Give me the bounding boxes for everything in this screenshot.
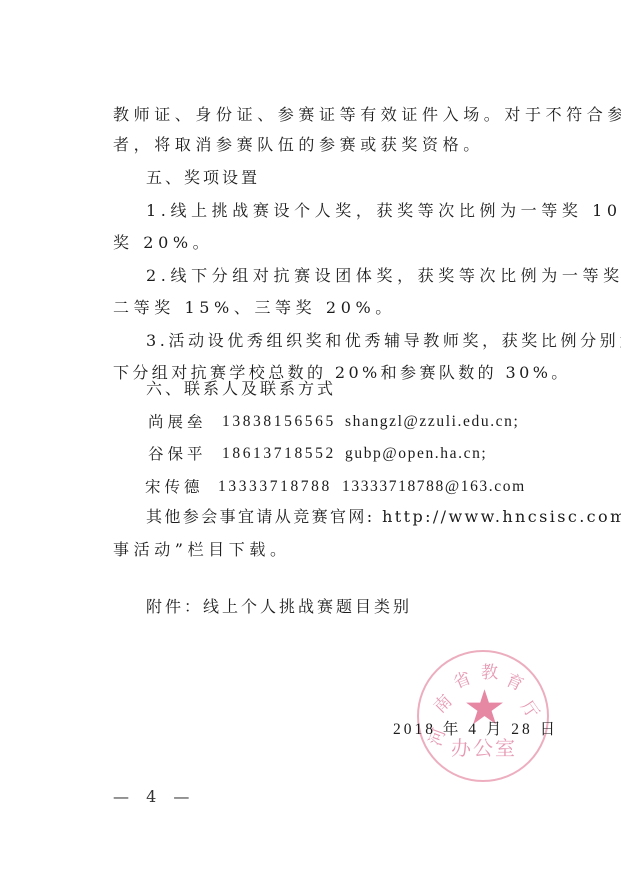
contact-email: 13333718788@163.com xyxy=(342,476,526,498)
other-info-line: 其他参会事宜请从竞赛官网: http://www.hncsisc.com“赛 xyxy=(146,506,598,528)
section-heading-contacts: 六、联系人及联系方式 xyxy=(146,378,598,400)
paragraph-line: 教师证、身份证、参赛证等有效证件入场。对于不符合参赛规定 xyxy=(113,104,565,126)
award-item-2-line: 2.线下分组对抗赛设团体奖，获奖等次比例为一等奖 10%， xyxy=(146,265,598,287)
award-item-1-line: 奖 20%。 xyxy=(113,232,565,254)
page-number: — 4 — xyxy=(113,787,195,806)
award-item-1-line: 1.线上挑战赛设个人奖，获奖等次比例为一等奖 10%，二等 xyxy=(146,200,566,222)
award-item-3-line: 3.活动设优秀组织奖和优秀辅导教师奖，获奖比例分别为线 xyxy=(146,330,598,352)
contact-phone: 13333718788 xyxy=(218,476,332,498)
award-item-2-line: 二等奖 15%、三等奖 20%。 xyxy=(113,297,565,319)
other-info-line: 事活动”栏目下载。 xyxy=(113,539,565,561)
paragraph-line: 者，将取消参赛队伍的参赛或获奖资格。 xyxy=(113,134,565,156)
contact-name: 宋传德 xyxy=(145,476,204,498)
contact-phone: 13838156565 xyxy=(222,411,336,433)
contact-email: shangzl@zzuli.edu.cn; xyxy=(345,411,519,433)
contact-name: 尚展垒 xyxy=(148,411,207,433)
official-seal: ★ 河 南 省 教 育 厅 办公室 xyxy=(417,650,549,782)
contact-name: 谷保平 xyxy=(148,443,207,465)
issue-date: 2018 年 4 月 28 日 xyxy=(393,717,558,739)
contact-phone: 18613718552 xyxy=(222,443,336,465)
section-heading-awards: 五、奖项设置 xyxy=(146,167,598,189)
contact-email: gubp@open.ha.cn; xyxy=(345,443,487,465)
attachment-note: 附件：线上个人挑战赛题目类别 xyxy=(146,596,598,618)
